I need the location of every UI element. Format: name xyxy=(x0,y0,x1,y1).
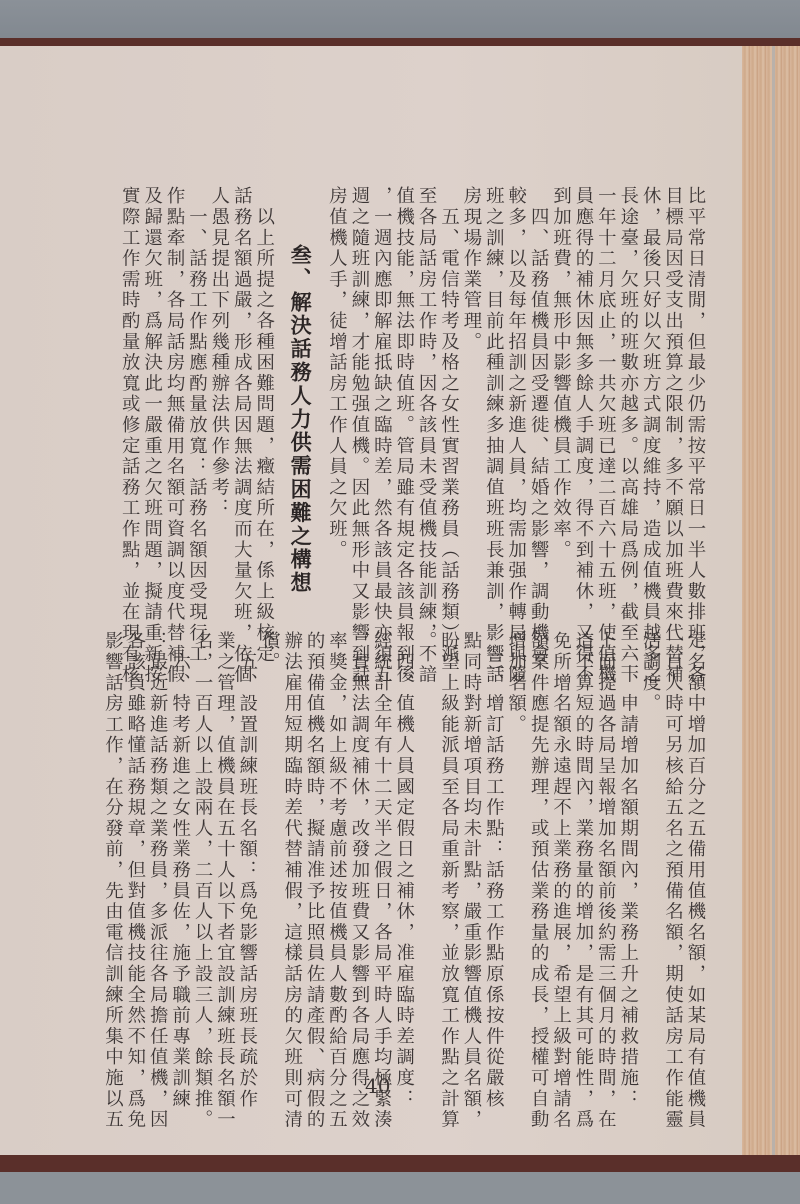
text-column: 一、話務工作點應酌量放寬：話務名額因受現行工 xyxy=(185,186,207,586)
text-column: 上面提過各局呈報增加名額前後約需三個月的時間，在 xyxy=(594,631,616,1051)
text-column: 長途臺，欠班的班數亦越多。以高雄局爲例，截至六十 xyxy=(616,186,638,586)
text-column: ，一週內應即解雇抵缺之臨時差，然各該員最快亦須五 xyxy=(370,186,392,586)
text-column: 影響話房工作，在分發前，先由電信訓練所集中施以五 xyxy=(101,631,123,1051)
text-column: 經統計全年有十二天半之假日，各局平時人手均極緊湊 xyxy=(370,631,392,1051)
top-half-text: 比平常日清閒，但最少仍需按平常日一半人數排班，各目標局因受支出預算之限制，多不願… xyxy=(84,186,706,586)
text-column: 一年十二月底止，一共欠班已達二百六十五班，使值機 xyxy=(594,186,616,586)
text-column: 辦法雇用短期臨時差代替補假，這樣話房的欠班則可清 xyxy=(280,631,302,1051)
text-column: ：最近新進話務類之業務員，多派往各局擔任值機，因 xyxy=(146,631,168,1051)
page-edge-gap xyxy=(772,46,775,1158)
bottom-half-text: 定名額中增加百分之五備用值機名額，如某局有值機員一百人時可另核給五名之預備名額，… xyxy=(84,631,706,1051)
text-column: 值機技能，無法即時值班。管局雖有規定各該員報到後 xyxy=(392,186,414,586)
page-number: 40 xyxy=(365,1074,390,1098)
text-column: 這不算短的時間內，業務量的增加，是有其可能性，爲 xyxy=(572,631,594,1051)
text-column: 到加班費，無形中影響值機員工作效率。 xyxy=(549,186,571,586)
text-column: 名，一百人以上設兩人，二百人以上設三人，餘類推。 xyxy=(191,631,213,1051)
text-column: 二、申請增加名額期間內，業務上升之補救措施： xyxy=(616,631,638,1051)
text-column: 償。 xyxy=(258,631,280,1051)
text-column: 房值機人手，徒增話房工作人員之欠班。 xyxy=(325,186,347,586)
text-column: 盼望上級能派員至各局重新考察，並放寬工作點之計算 xyxy=(437,631,459,1051)
text-column: 點同時對新增項目均未計點，嚴重影響值機人員名額， xyxy=(460,631,482,1051)
text-column: 活調度。 xyxy=(639,631,661,1051)
text-column: 各該員雖略懂話務規章，但對值機技能全然不知，爲免 xyxy=(123,631,145,1051)
text-column: 四、話務值機員因受遷徙、結婚之影響，調動機會 xyxy=(527,186,549,586)
page-edges-stack xyxy=(742,46,800,1158)
text-column: 六、特考新進之女性業務員佐，施予職前專業訓練 xyxy=(168,631,190,1051)
text-column: 以上所提之各種困難問題，癥結所在，係上級核定 xyxy=(252,186,274,586)
text-column: 。 xyxy=(415,631,437,1051)
text-column: 率獎金，如上級不考慮前述按值機員人數酌給百分之五 xyxy=(325,631,347,1051)
text-column: 人愚見提出下列幾種辦法供作參考： xyxy=(207,186,229,586)
text-column: 至各局話房工作時，因各該員未受值機技能訓練，不諳 xyxy=(415,186,437,586)
text-column: 比平常日清閒，但最少仍需按平常日一半人數排班，各 xyxy=(684,186,706,586)
text-column: 班之訓練，目前此種訓練多抽調值班班長兼訓，影響話 xyxy=(482,186,504,586)
text-column: 週之隨班訓練，才能勉强值機。因此無形中又影響到話 xyxy=(348,186,370,586)
text-column: 額案件應提先辦理，或預估業務量的成長，授權可自動 xyxy=(527,631,549,1051)
text-column: 作點牽制，各局話房均無備用名額可資調以度代替補假 xyxy=(163,186,185,586)
text-column: ，實無法調度補休，改發加班費又影響到各局應得之效 xyxy=(348,631,370,1051)
page-text-area: 比平常日清閒，但最少仍需按平常日一半人數排班，各目標局因受支出預算之限制，多不願… xyxy=(84,186,706,1056)
text-column: 目標局因受支出預算之限制，多不願以加班費來代替補 xyxy=(661,186,683,586)
text-column: 免所增名額永遠趕不上業務的進展，希望上級對增請名 xyxy=(549,631,571,1051)
text-column: 房現場作業管理。 xyxy=(460,186,482,586)
text-column: 五、設置訓練班長名額：爲免影響話房班長疏於作 xyxy=(235,631,257,1051)
text-column: 休，最後只好以欠班方式調度維持，造成值機員越多之 xyxy=(639,186,661,586)
text-column: 一百人時可另核給五名之預備名額，期使話房工作能靈 xyxy=(661,631,683,1051)
text-column: 四、值機人員國定假日之補休，准雇臨時差調度： xyxy=(392,631,414,1051)
text-column: 五、電信特考及格之女性實習業務員（話務類）派 xyxy=(437,186,459,586)
text-column: 業之管理，值機員在五十人以下者宜設訓練班長名額一 xyxy=(213,631,235,1051)
text-column: 定名額中增加百分之五備用值機名額，如某局有值機員 xyxy=(684,631,706,1051)
text-column: 三、增訂話務工作點：話務工作點原係按件從嚴核 xyxy=(482,631,504,1051)
text-column: 話務名額過嚴，形成各局因無法調度而大量欠班，依個 xyxy=(230,186,252,586)
text-column: 的預備值機名額時，擬請准予比照員佐請產假、病假的 xyxy=(303,631,325,1051)
text-column: 員應得的補休因無多餘人手調度，得不到補休，又得不 xyxy=(572,186,594,586)
section-heading: 叁、解決話務人力供需困難之構想 xyxy=(289,186,311,586)
text-column: 及歸還欠班，爲解決此一嚴重之欠班問題，擬請重新按 xyxy=(140,186,162,586)
text-column: 增加名額。 xyxy=(504,631,526,1051)
text-column: 實際工作需時酌量放寬或修定話務工作點，並在現有核 xyxy=(118,186,140,586)
text-column: 較多，以及每年招訓之新進人員，均需加强作轉局與隨 xyxy=(504,186,526,586)
book-cover-bottom xyxy=(0,1172,800,1204)
